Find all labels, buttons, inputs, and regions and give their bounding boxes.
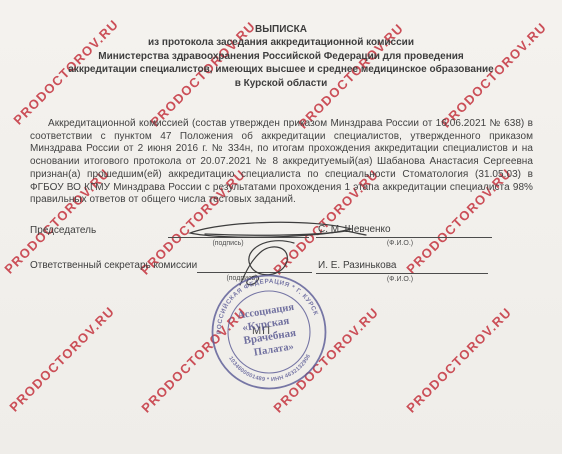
stamp-center-line4: Палата» xyxy=(253,341,294,358)
watermark: PRODOCTOROV.RU xyxy=(403,304,514,415)
document-title-block: ВЫПИСКА из протокола заседания аккредита… xyxy=(30,23,532,90)
body-paragraph: Аккредитационной комиссией (состав утвер… xyxy=(30,118,533,207)
chairman-role-label: Председатель xyxy=(30,225,96,236)
secretary-signature-caption: (подпись) xyxy=(212,275,272,282)
scanned-document-page: PRODOCTOROV.RU PRODOCTOROV.RU PRODOCTORO… xyxy=(0,0,562,454)
watermark: PRODOCTOROV.RU xyxy=(6,303,117,414)
title-subline: аккредитации специалистов, имеющих высше… xyxy=(30,63,532,76)
title-subline: в Курской области xyxy=(30,77,532,90)
svg-text:1034600001489 * ИНН 4632132906: 1034600001489 * ИНН 4632132906 xyxy=(227,353,312,383)
stamp-center-line1: Ассоциация xyxy=(237,302,295,322)
title-subline: Министерства здравоохранения Российской … xyxy=(30,50,532,63)
secretary-signature-line xyxy=(197,272,312,273)
chairman-signature-caption: (подпись) xyxy=(198,240,258,247)
chairman-name: С. М. Шевченко xyxy=(318,224,391,235)
chairman-signature-line xyxy=(168,237,309,238)
secretary-name-caption: (Ф.И.О.) xyxy=(370,276,430,283)
mp-seal-placeholder-label: МП xyxy=(252,325,271,337)
title-subline: из протокола заседания аккредитационной … xyxy=(30,36,532,49)
stamp-ring-bottom-text: 1034600001489 * ИНН 4632132906 xyxy=(227,353,312,383)
chairman-name-line xyxy=(316,237,492,238)
secretary-name-line xyxy=(316,273,488,274)
secretary-name: И. Е. Разинькова xyxy=(318,260,396,271)
secretary-role-label: Ответственный секретарь комиссии xyxy=(30,260,197,271)
document-title: ВЫПИСКА xyxy=(30,23,532,36)
chairman-name-caption: (Ф.И.О.) xyxy=(370,240,430,247)
watermark: PRODOCTOROV.RU xyxy=(138,304,249,415)
watermark: PRODOCTOROV.RU xyxy=(270,304,381,415)
